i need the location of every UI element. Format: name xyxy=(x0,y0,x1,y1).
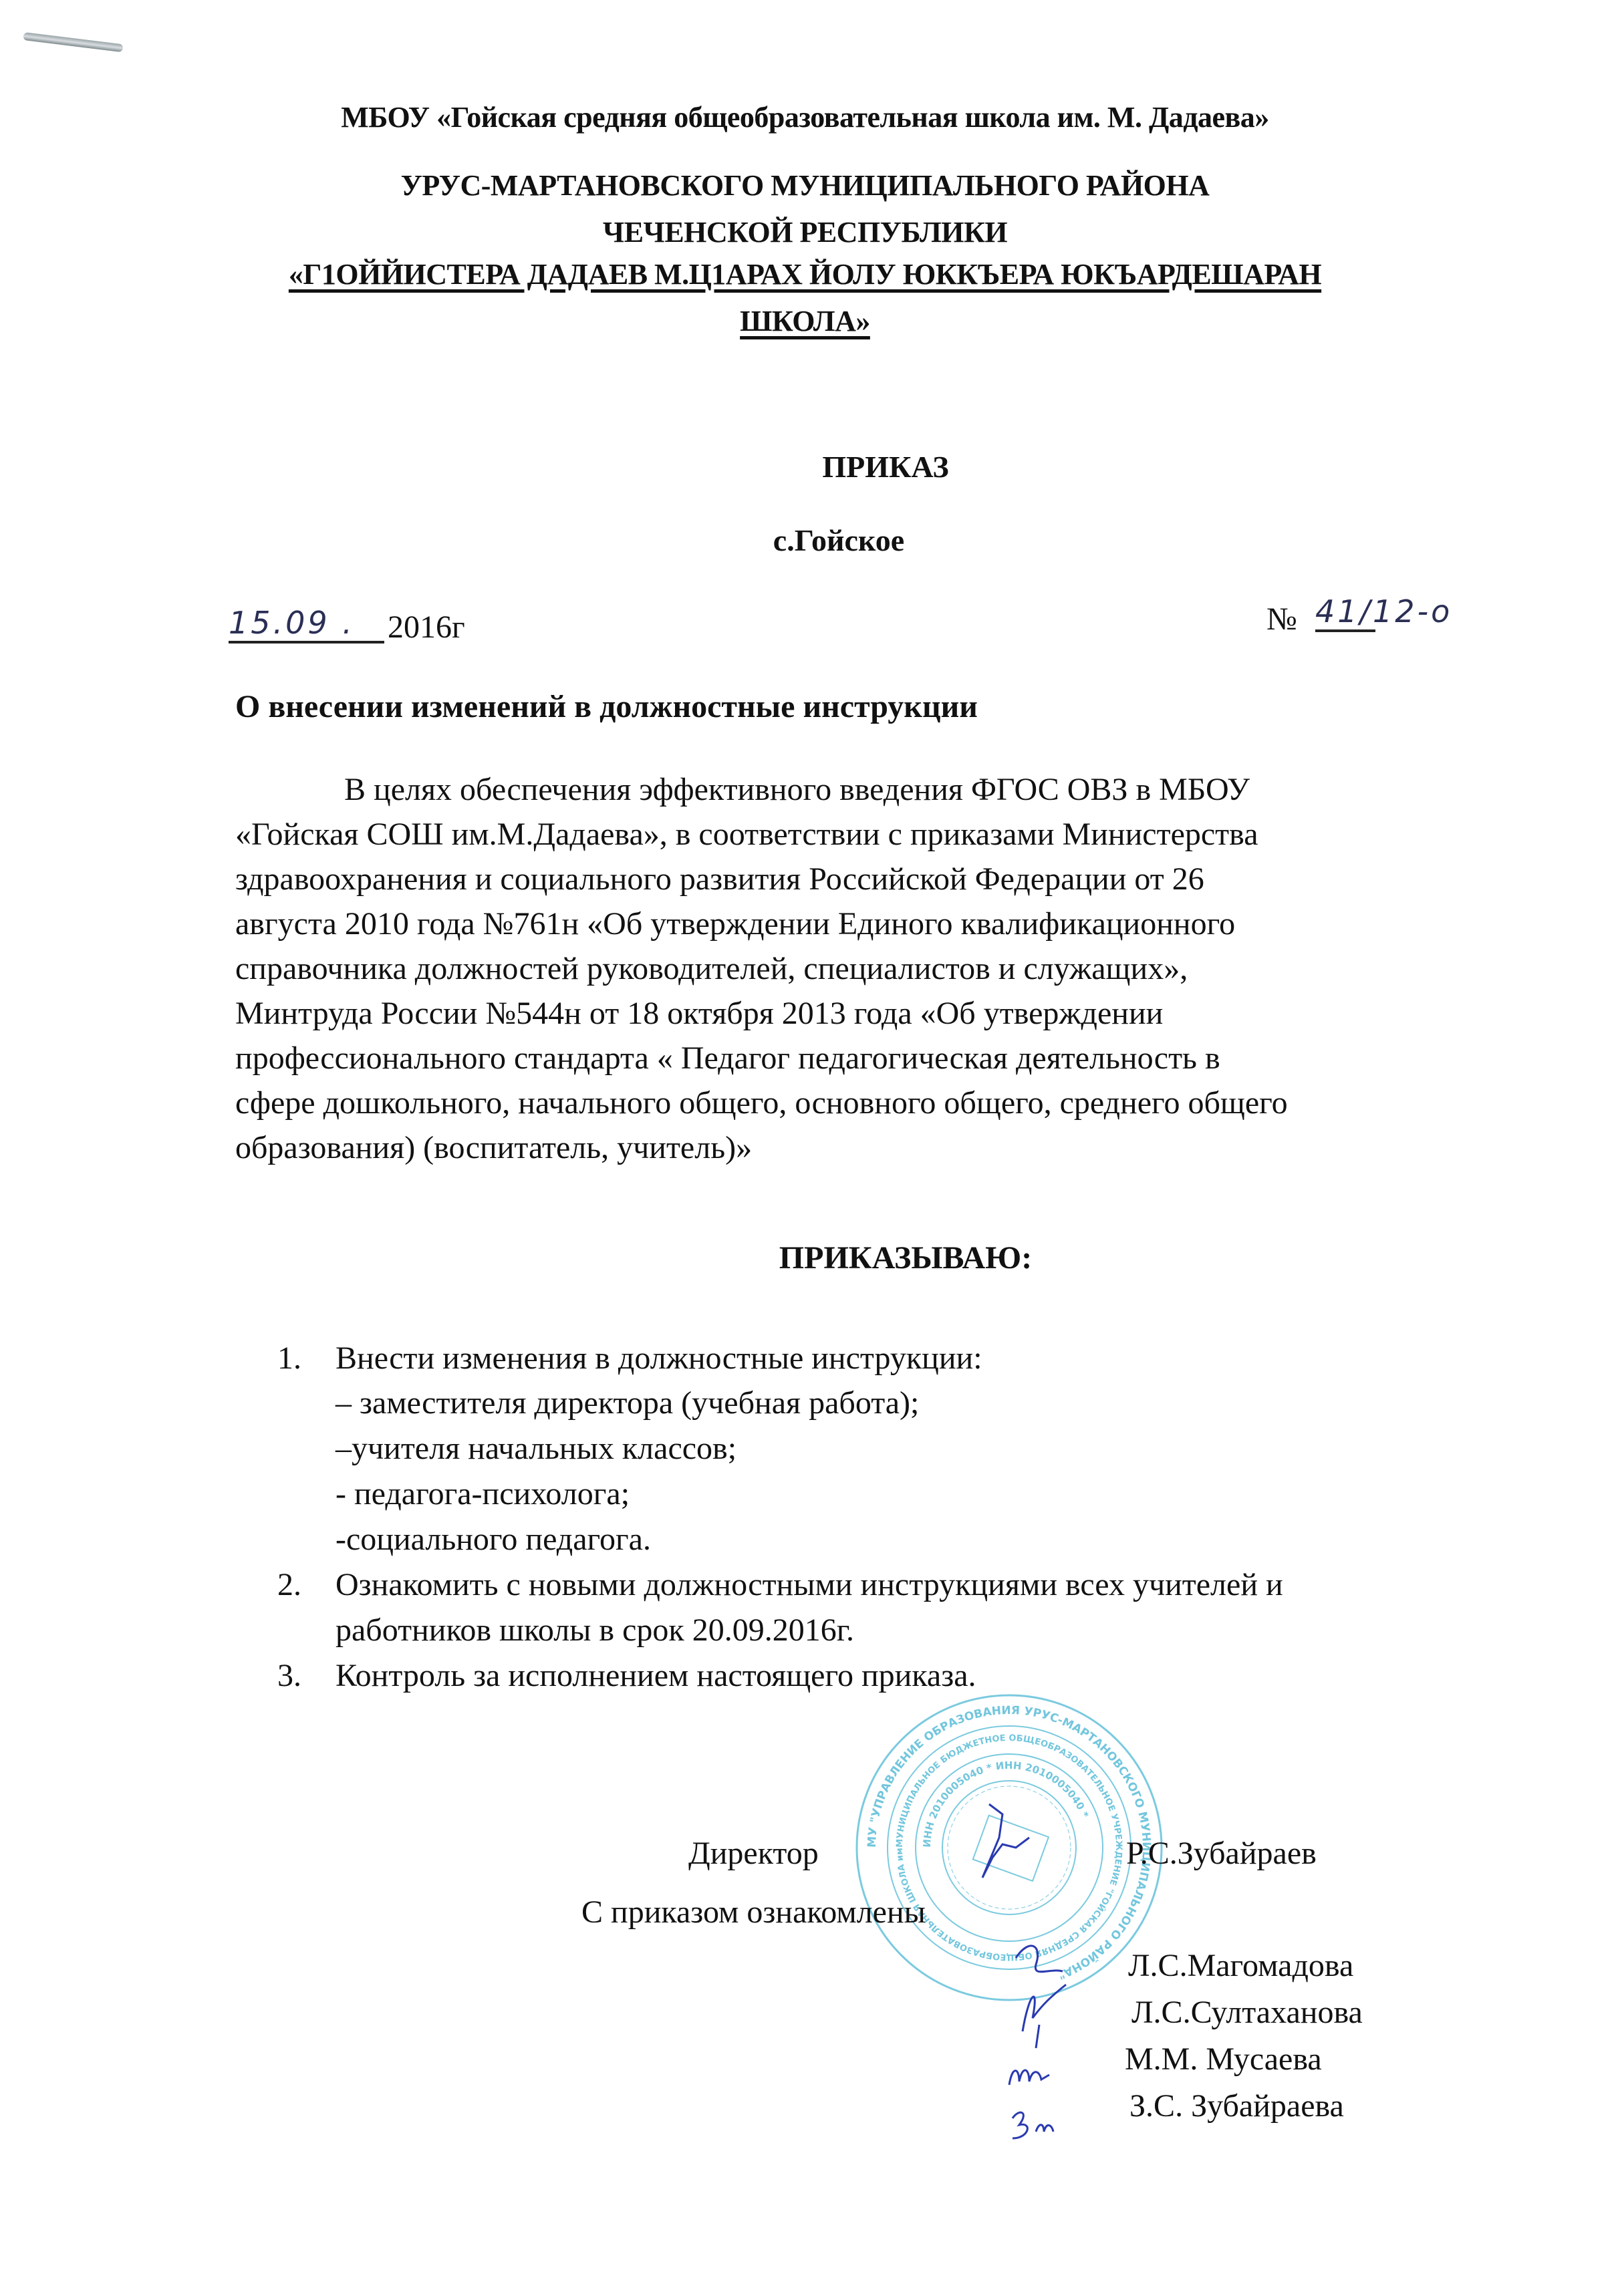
order-subject: О внесении изменений в должностные инстр… xyxy=(235,688,978,725)
date-field: 15.09 . xyxy=(229,605,384,643)
number-handwritten: 41/12-о xyxy=(1315,593,1375,632)
acknowledged-name: Л.С.Султаханова xyxy=(1131,1990,1363,2035)
list-item-text: Контроль за исполнением настоящего прика… xyxy=(336,1657,976,1694)
director-signature-icon xyxy=(962,1798,1043,1891)
preamble-line: В целях обеспечения эффективного введени… xyxy=(235,767,1505,812)
date-year: 2016г xyxy=(388,605,465,650)
acknowledged-name: З.С. Зубайраева xyxy=(1129,2084,1344,2128)
list-item-number: 2. xyxy=(277,1566,301,1603)
list-item-text: Ознакомить с новыми должностными инструк… xyxy=(336,1566,1283,1603)
director-label: Директор xyxy=(688,1831,819,1876)
preamble-line: профессионального стандарта « Педагог пе… xyxy=(235,1036,1505,1081)
list-item-number: 3. xyxy=(277,1657,301,1694)
header-republic-line: ЧЕЧЕНСКОЙ РЕСПУБЛИКИ xyxy=(0,215,1610,249)
list-subitem: -социального педагога. xyxy=(336,1521,651,1558)
list-subitem: - педагога-психолога; xyxy=(336,1475,630,1512)
list-item-text: Внести изменения в должностные инструкци… xyxy=(336,1340,982,1377)
preamble-line: образования) (воспитатель, учитель)» xyxy=(235,1125,1505,1170)
list-item-continuation: работников школы в срок 20.09.2016г. xyxy=(336,1612,854,1648)
list-subitem: –учителя начальных классов; xyxy=(336,1430,736,1467)
header-district-line: УРУС-МАРТАНОВСКОГО МУНИЦИПАЛЬНОГО РАЙОНА xyxy=(0,168,1610,202)
director-name: Р.С.Зубайраев xyxy=(1126,1831,1317,1876)
preamble-line: «Гойская СОШ им.М.Дадаева», в соответств… xyxy=(235,812,1505,857)
header-chechen-name-line2: ШКОЛА» xyxy=(0,304,1610,338)
preamble-line: сфере дошкольного, начального общего, ос… xyxy=(235,1081,1505,1125)
number-field: 41/12-о xyxy=(1315,593,1375,632)
preamble-line: здравоохранения и социального развития Р… xyxy=(235,857,1505,901)
preamble-line: справочника должностей руководителей, сп… xyxy=(235,946,1505,991)
acknowledged-label: С приказом ознакомлены xyxy=(581,1890,926,1934)
staple-mark xyxy=(23,32,123,52)
order-place: с.Гойское xyxy=(735,523,942,558)
preamble-line: Минтруда России №544н от 18 октября 2013… xyxy=(235,991,1505,1036)
number-label: № xyxy=(1266,597,1297,641)
header-org-line: МБОУ «Гойская средняя общеобразовательна… xyxy=(0,100,1610,134)
directive-heading: ПРИКАЗЫВАЮ: xyxy=(732,1240,1079,1276)
acknowledged-name: М.М. Мусаева xyxy=(1125,2037,1322,2082)
list-subitem: – заместителя директора (учебная работа)… xyxy=(336,1385,919,1421)
date-handwritten: 15.09 . xyxy=(229,605,355,641)
staff-signatures-icon xyxy=(1002,1931,1123,2152)
header-chechen-name-line1: «Г1ОЙЙИСТЕРА ДАДАЕВ М.Ц1АРАХ ЙОЛУ ЮККЪЕР… xyxy=(0,257,1610,291)
preamble-paragraph: В целях обеспечения эффективного введени… xyxy=(235,767,1505,1170)
acknowledged-name: Л.С.Магомадова xyxy=(1128,1943,1353,1988)
list-item-number: 1. xyxy=(277,1340,301,1377)
preamble-line: августа 2010 года №761н «Об утверждении … xyxy=(235,901,1505,946)
order-title: ПРИКАЗ xyxy=(819,449,952,484)
